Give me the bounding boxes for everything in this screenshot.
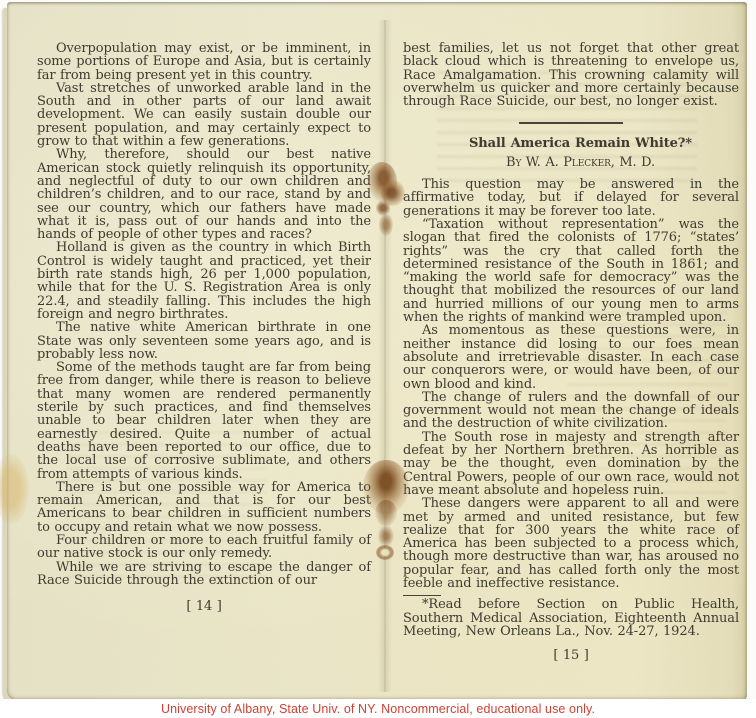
footnote: *Read before Section on Public Health, S…: [403, 598, 739, 638]
pamphlet-spread: Overpopulation may exist, or be imminent…: [7, 2, 747, 700]
paragraph: Some of the methods taught are far from …: [37, 361, 371, 481]
page-number-15: [ 15 ]: [403, 649, 739, 662]
right-page-column: best families, let us not forget that ot…: [403, 42, 739, 662]
paragraph: Vast stretches of unworked arable land i…: [37, 82, 371, 148]
article-title: Shall America Remain White?*: [403, 137, 739, 150]
paragraph: The change of rulers and the downfall of…: [403, 391, 739, 431]
left-page-column: Overpopulation may exist, or be imminent…: [37, 42, 371, 613]
paragraph: “Taxation without representation” was th…: [403, 218, 739, 324]
paragraph: Why, therefore, should our best native A…: [37, 148, 371, 241]
paragraph: Holland is given as the country in which…: [37, 241, 371, 321]
section-divider-rule: [519, 122, 623, 124]
page-number-14: [ 14 ]: [37, 600, 371, 613]
footnote-rule: [403, 595, 441, 596]
paragraph: Overpopulation may exist, or be imminent…: [37, 42, 371, 82]
continuation-paragraph: best families, let us not forget that ot…: [403, 42, 739, 108]
paragraph: There is but one possible way for Americ…: [37, 481, 371, 534]
paragraph: These dangers were apparent to all and w…: [403, 497, 739, 590]
paragraph: The South rose in majesty and strength a…: [403, 431, 739, 497]
library-credit-text: University of Albany, State Univ. of NY.…: [161, 702, 595, 716]
scanned-document: Overpopulation may exist, or be imminent…: [0, 0, 756, 718]
paragraph: Four children or more to each fruitful f…: [37, 534, 371, 561]
paragraph: This question may be answered in the aff…: [403, 178, 739, 218]
paragraph: The native white American birthrate in o…: [37, 321, 371, 361]
library-credit-bar: University of Albany, State Univ. of NY.…: [0, 699, 756, 718]
center-fold-crease: [378, 20, 392, 692]
paragraph: While we are striving to escape the dang…: [37, 561, 371, 588]
paragraph: As momentous as these questions were, in…: [403, 324, 739, 390]
article-byline: By W. A. Plecker, M. D.: [403, 156, 739, 169]
